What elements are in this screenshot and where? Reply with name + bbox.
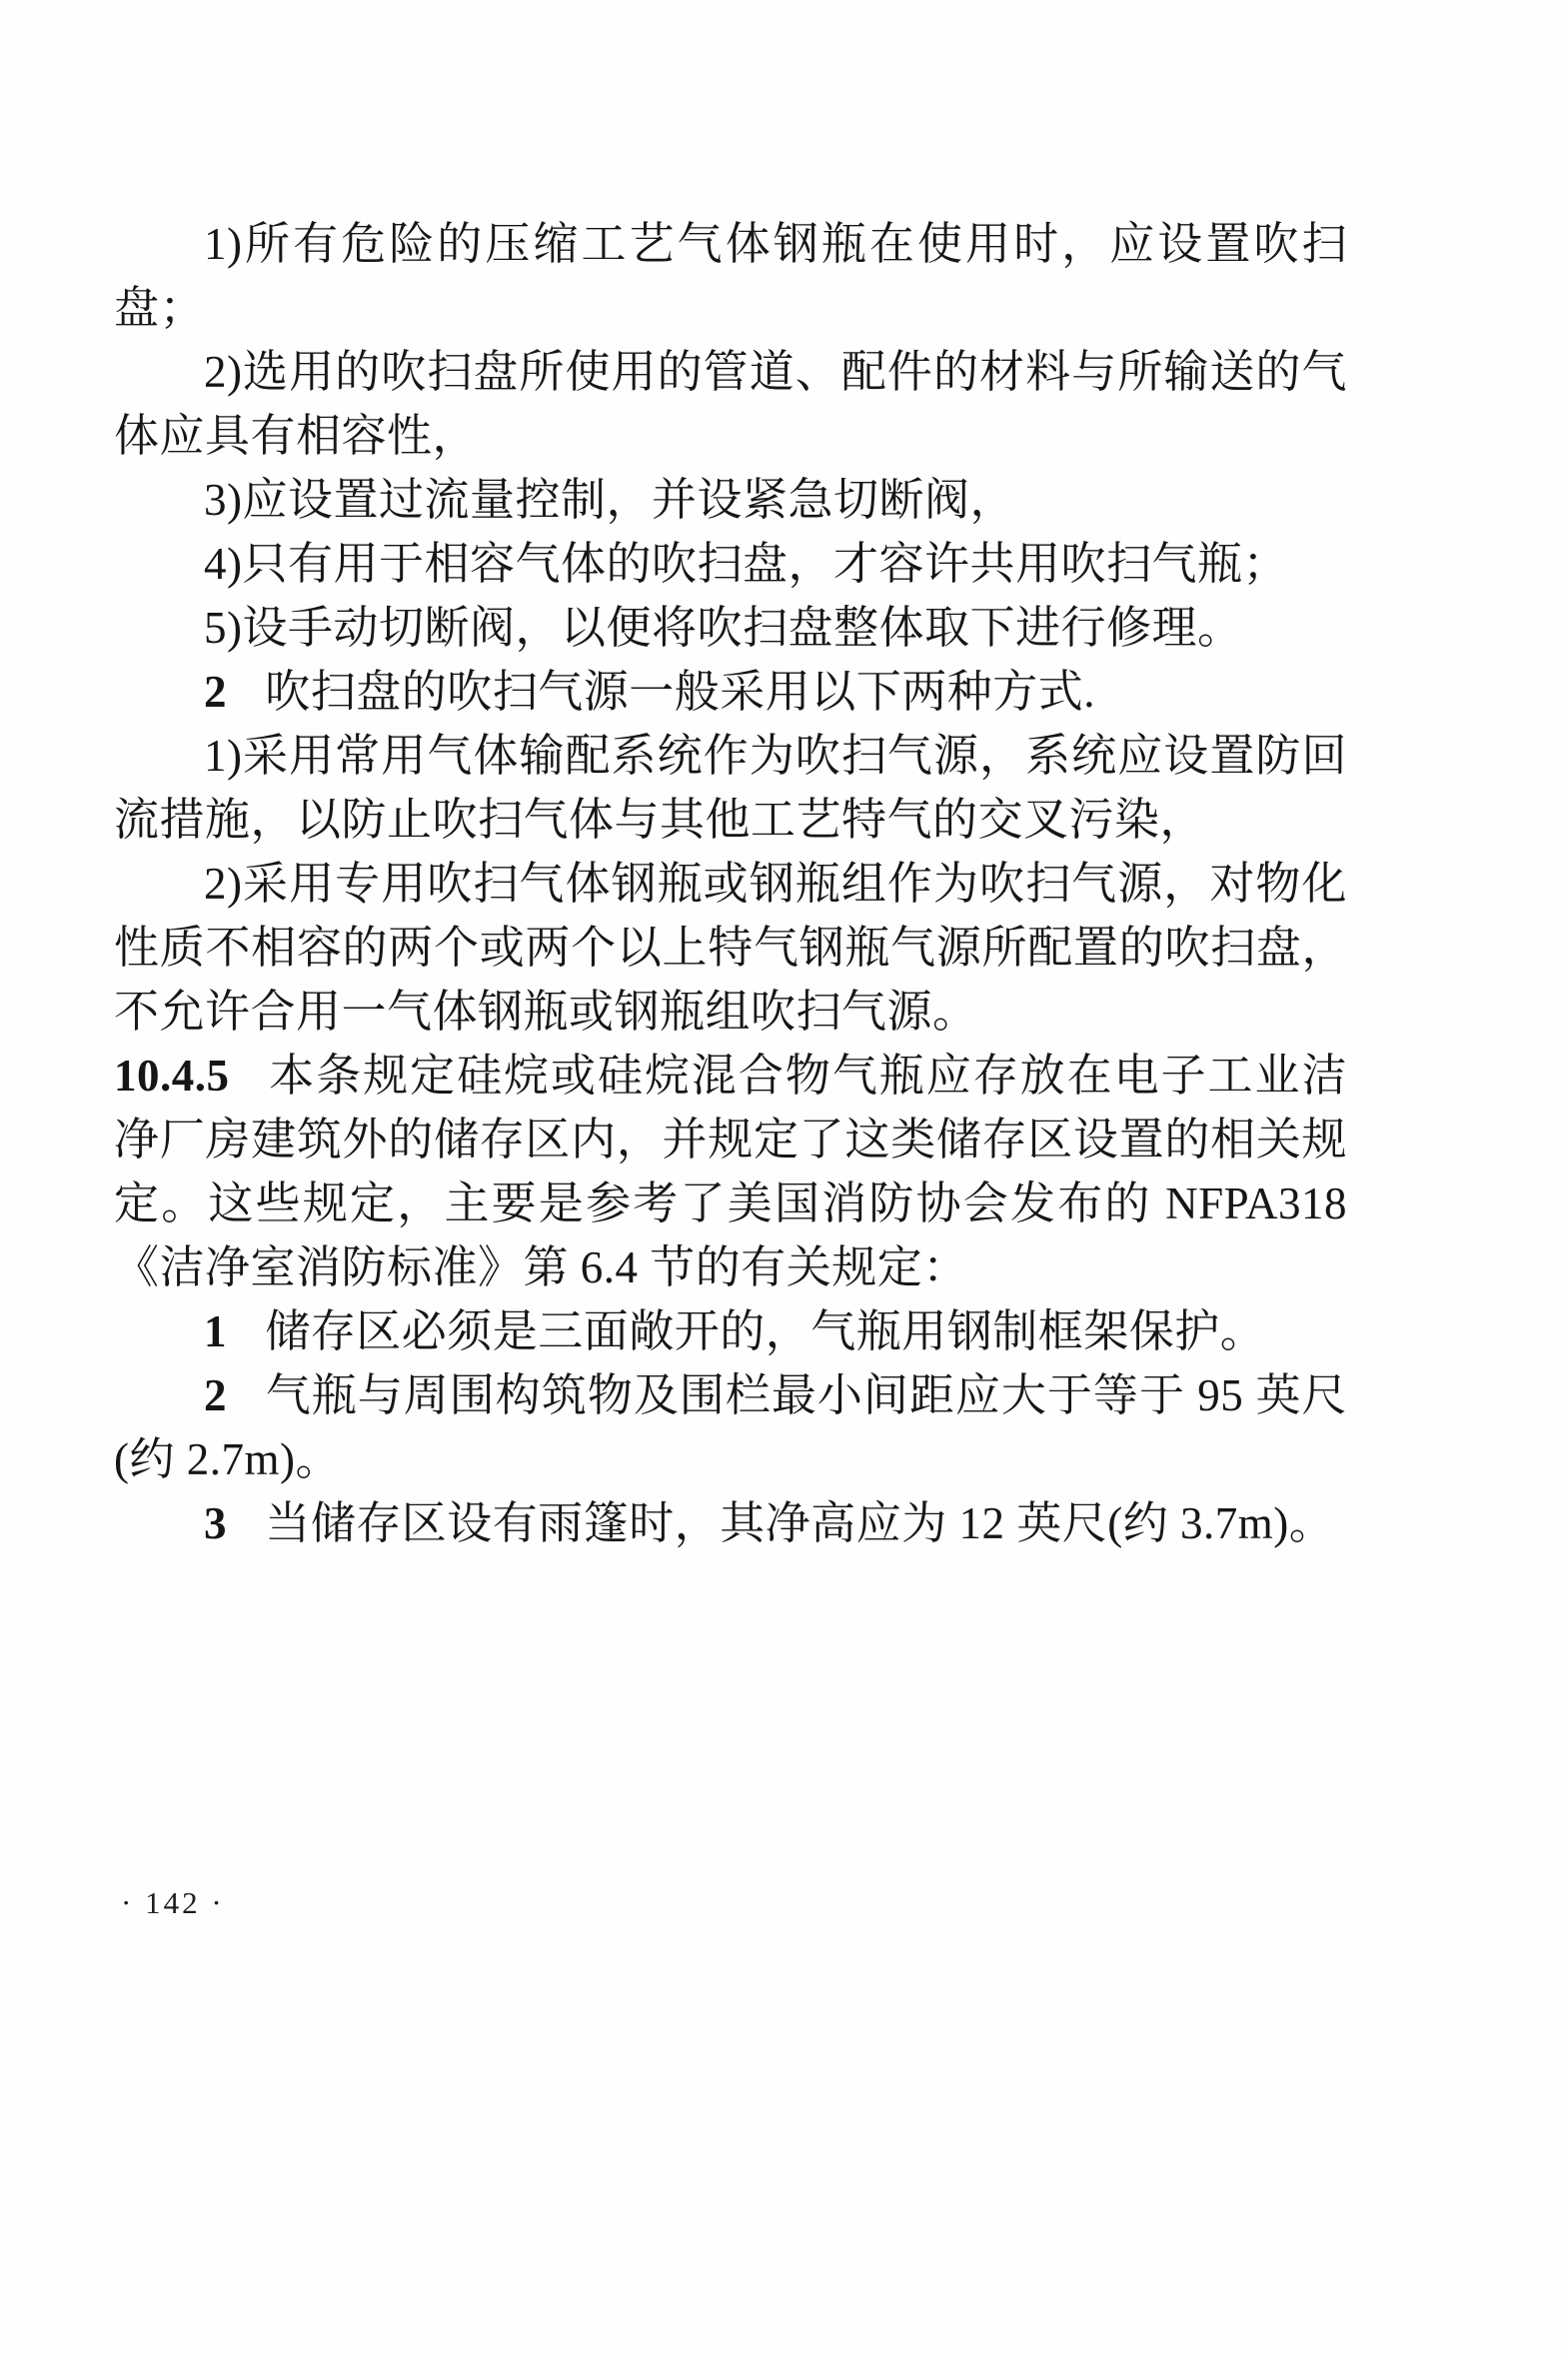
sub-list-item-text: 3)应设置过流量控制，并设紧急切断阀， (204, 475, 1015, 525)
sub-list-item-text: 5)设手动切断阀，以便将吹扫盘整体取下进行修理。 (204, 603, 1243, 653)
document-body: 1)所有危险的压缩工艺气体钢瓶在使用时，应设置吹扫盘； 2)选用的吹扫盘所使用的… (114, 212, 1347, 1555)
sub-list-item-text: 1)采用常用气体输配系统作为吹扫气源，系统应设置防回流措施，以防止吹扫气体与其他… (114, 731, 1347, 845)
item-number: 3 (204, 1498, 227, 1548)
numbered-item-1: 1储存区必须是三面敞开的，气瓶用钢制框架保护。 (114, 1299, 1347, 1363)
sub-list-item-text: 2)选用的吹扫盘所使用的管道、配件的材料与所输送的气体应具有相容性， (114, 347, 1347, 461)
item-number: 2 (204, 1370, 227, 1420)
clause-10-4-5: 10.4.5本条规定硅烷或硅烷混合物气瓶应存放在电子工业洁净厂房建筑外的储存区内… (114, 1044, 1347, 1299)
page-number: · 142 · (121, 1885, 225, 1921)
sub-list-item-text: 2)采用专用吹扫气体钢瓶或钢瓶组作为吹扫气源，对物化性质不相容的两个或两个以上特… (114, 859, 1347, 1037)
sub-list-item-3: 3)应设置过流量控制，并设紧急切断阀， (114, 468, 1347, 532)
numbered-item-2b: 2气瓶与周围构筑物及围栏最小间距应大于等于 95 英尺(约 2.7m)。 (114, 1363, 1347, 1491)
numbered-item-text: 当储存区设有雨篷时，其净高应为 12 英尺(约 3.7m)。 (265, 1498, 1334, 1548)
sub-list-item-5: 5)设手动切断阀，以便将吹扫盘整体取下进行修理。 (114, 596, 1347, 660)
numbered-item-3: 3当储存区设有雨篷时，其净高应为 12 英尺(约 3.7m)。 (114, 1491, 1347, 1555)
numbered-item-2: 2吹扫盘的吹扫气源一般采用以下两种方式. (114, 660, 1347, 724)
document-page: 1)所有危险的压缩工艺气体钢瓶在使用时，应设置吹扫盘； 2)选用的吹扫盘所使用的… (0, 0, 1568, 2358)
sub-list-item-2: 2)选用的吹扫盘所使用的管道、配件的材料与所输送的气体应具有相容性， (114, 340, 1347, 468)
numbered-item-text: 气瓶与周围构筑物及围栏最小间距应大于等于 95 英尺(约 2.7m)。 (114, 1370, 1347, 1484)
sub-list-item-4: 4)只有用于相容气体的吹扫盘，才容许共用吹扫气瓶； (114, 532, 1347, 596)
item-number: 1 (204, 1306, 227, 1356)
sub-list-item-source-2: 2)采用专用吹扫气体钢瓶或钢瓶组作为吹扫气源，对物化性质不相容的两个或两个以上特… (114, 852, 1347, 1044)
sub-list-item-source-1: 1)采用常用气体输配系统作为吹扫气源，系统应设置防回流措施，以防止吹扫气体与其他… (114, 724, 1347, 852)
clause-text: 本条规定硅烷或硅烷混合物气瓶应存放在电子工业洁净厂房建筑外的储存区内，并规定了这… (114, 1051, 1347, 1292)
numbered-item-text: 吹扫盘的吹扫气源一般采用以下两种方式. (265, 667, 1095, 717)
sub-list-item-text: 4)只有用于相容气体的吹扫盘，才容许共用吹扫气瓶； (204, 539, 1288, 589)
clause-number: 10.4.5 (114, 1051, 230, 1101)
numbered-item-text: 储存区必须是三面敞开的，气瓶用钢制框架保护。 (265, 1306, 1265, 1356)
sub-list-item-text: 1)所有危险的压缩工艺气体钢瓶在使用时，应设置吹扫盘； (114, 219, 1347, 333)
item-number: 2 (204, 667, 227, 717)
sub-list-item-1: 1)所有危险的压缩工艺气体钢瓶在使用时，应设置吹扫盘； (114, 212, 1347, 340)
